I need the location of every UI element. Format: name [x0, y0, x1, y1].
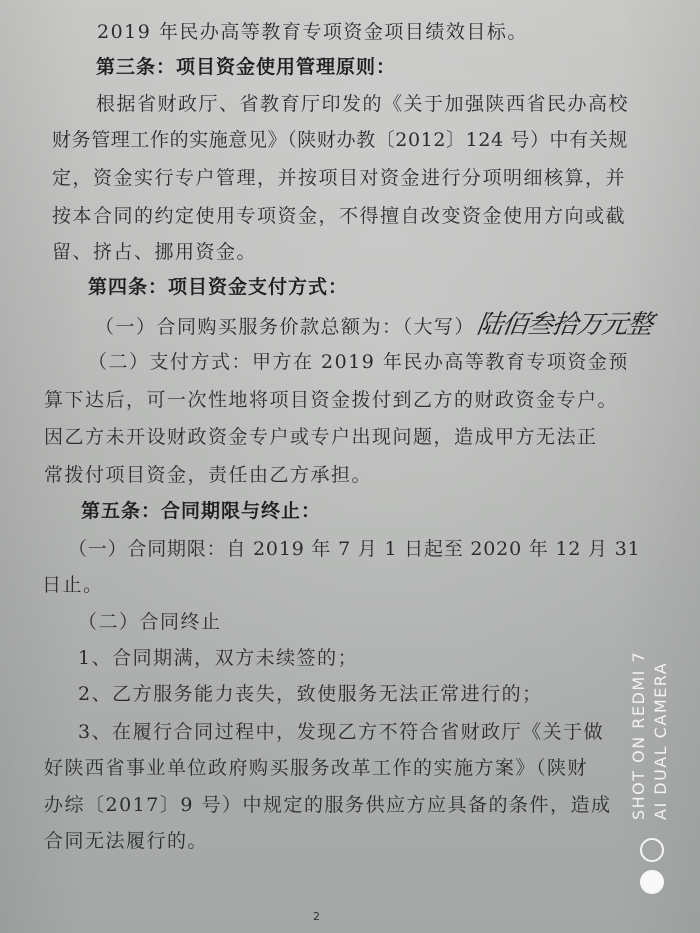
- list-item: 1、合同期满，双方未续签的；: [78, 646, 358, 670]
- list-item: 2、乙方服务能力丧失，致使服务无法正常进行的；: [78, 682, 543, 706]
- heading-article-5: 第五条：合同期限与终止：: [81, 499, 321, 523]
- text-line: 财务管理工作的实施意见》（陕财办教〔2012〕124 号）中有关规: [52, 128, 628, 152]
- text-line: 根据省财政厅、省教育厅印发的《关于加强陕西省民办高校: [96, 92, 629, 116]
- text-line: 日止。: [42, 573, 104, 597]
- contract-amount-line: （一）合同购买服务价款总额为：（大写）陆佰叁拾万元整: [95, 313, 652, 339]
- text-line: 按本合同的约定使用专项资金，不得擅自改变资金使用方向或截: [52, 204, 626, 228]
- heading-article-3: 第三条：项目资金使用管理原则：: [96, 55, 396, 79]
- text-line: （二）支付方式：甲方在 2019 年民办高等教育专项资金预: [88, 350, 629, 374]
- watermark-ring-icon: [640, 838, 664, 862]
- camera-watermark: SHOT ON REDMI 7 AI DUAL CAMERA: [628, 651, 672, 820]
- text-line-performance-goal: 2019 年民办高等教育专项资金项目绩效目标。: [97, 20, 528, 44]
- text-line: 合同无法履行的。: [44, 829, 208, 853]
- handwritten-amount: 陆佰叁拾万元整: [475, 313, 653, 337]
- text-line: 算下达后，可一次性地将项目资金拨付到乙方的财政资金专户。: [44, 388, 618, 412]
- text-line-termination-heading: （二）合同终止: [78, 610, 222, 634]
- text-line: 办综〔2017〕9 号）中规定的服务供应方应具备的条件，造成: [44, 793, 611, 817]
- text-line: 留、挤占、挪用资金。: [52, 240, 257, 264]
- watermark-line-2: AI DUAL CAMERA: [650, 651, 672, 820]
- watermark-line-1: SHOT ON REDMI 7: [628, 651, 650, 820]
- watermark-dot-icon: [640, 870, 664, 894]
- contract-amount-label: （一）合同购买服务价款总额为：（大写）: [95, 316, 475, 338]
- page-number: 2: [313, 910, 320, 923]
- text-line: 好陕西省事业单位政府购买服务改革工作的实施方案》（陕财: [44, 756, 588, 780]
- text-line: 常拨付项目资金，责任由乙方承担。: [44, 463, 372, 487]
- text-line-contract-term: （一）合同期限：自 2019 年 7 月 1 日起至 2020 年 12 月 3…: [68, 537, 640, 561]
- list-item: 3、在履行合同过程中，发现乙方不符合省财政厅《关于做: [78, 720, 604, 744]
- text-line: 定，资金实行专户管理，并按项目对资金进行分项明细核算，并: [52, 166, 626, 190]
- text-line: 因乙方未开设财政资金专户或专户出现问题，造成甲方无法正: [44, 425, 598, 449]
- heading-article-4: 第四条：项目资金支付方式：: [88, 275, 348, 299]
